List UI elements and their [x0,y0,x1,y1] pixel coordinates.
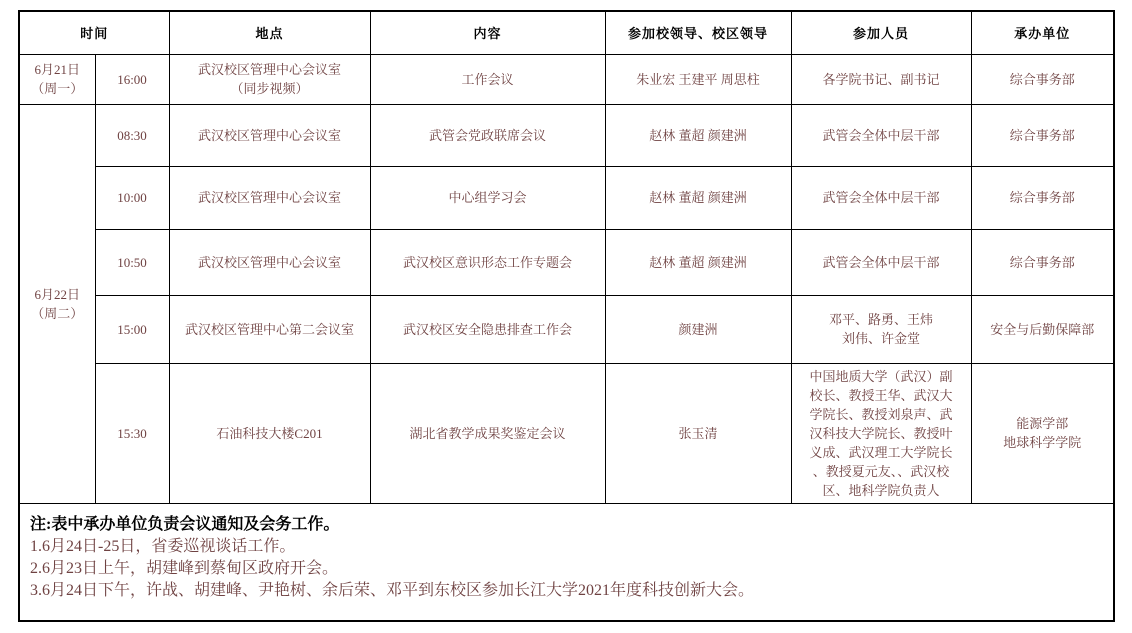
leaders-cell: 颜建洲 [605,295,791,363]
leaders-cell: 张玉清 [605,363,791,503]
table-row: 15:00 武汉校区管理中心第二会议室 武汉校区安全隐患排查工作会 颜建洲 邓平… [19,295,1114,363]
table-row: 6月22日 （周二） 08:30 武汉校区管理中心会议室 武管会党政联席会议 赵… [19,104,1114,166]
leaders-cell: 赵林 董超 颜建洲 [605,229,791,295]
time-cell: 10:00 [95,166,169,229]
notes-title: 注:表中承办单位负责会议通知及会务工作。 [30,514,1099,536]
note-item: 1.6月24日-25日，省委巡视谈话工作。 [30,536,1099,558]
table-row: 6月21日 （周一） 16:00 武汉校区管理中心会议室 （同步视频） 工作会议… [19,54,1114,104]
header-content: 内容 [370,11,605,54]
participants-cell: 武管会全体中层干部 [791,104,971,166]
header-participants: 参加人员 [791,11,971,54]
organizer-cell: 综合事务部 [971,229,1114,295]
table-row: 10:00 武汉校区管理中心会议室 中心组学习会 赵林 董超 颜建洲 武管会全体… [19,166,1114,229]
participants-cell: 邓平、路勇、王炜 刘伟、许金堂 [791,295,971,363]
participants-cell: 中国地质大学（武汉）副 校长、教授王华、武汉大 学院长、教授刘泉声、武 汉科技大… [791,363,971,503]
content-cell: 中心组学习会 [370,166,605,229]
header-leaders: 参加校领导、校区领导 [605,11,791,54]
time-cell: 15:00 [95,295,169,363]
participants-cell: 武管会全体中层干部 [791,229,971,295]
location-cell: 武汉校区管理中心会议室 （同步视频） [169,54,370,104]
time-cell: 15:30 [95,363,169,503]
participants-cell: 各学院书记、副书记 [791,54,971,104]
header-location: 地点 [169,11,370,54]
content-cell: 武管会党政联席会议 [370,104,605,166]
notes-row: 注:表中承办单位负责会议通知及会务工作。 1.6月24日-25日，省委巡视谈话工… [19,503,1114,621]
organizer-cell: 安全与后勤保障部 [971,295,1114,363]
location-cell: 武汉校区管理中心会议室 [169,229,370,295]
header-time: 时间 [19,11,169,54]
table-row: 10:50 武汉校区管理中心会议室 武汉校区意识形态工作专题会 赵林 董超 颜建… [19,229,1114,295]
participants-cell: 武管会全体中层干部 [791,166,971,229]
header-organizer: 承办单位 [971,11,1114,54]
location-cell: 武汉校区管理中心第二会议室 [169,295,370,363]
location-cell: 武汉校区管理中心会议室 [169,104,370,166]
location-cell: 武汉校区管理中心会议室 [169,166,370,229]
time-cell: 08:30 [95,104,169,166]
content-cell: 武汉校区安全隐患排查工作会 [370,295,605,363]
note-item: 2.6月23日上午，胡建峰到蔡甸区政府开会。 [30,558,1099,580]
date-cell: 6月21日 （周一） [19,54,95,104]
leaders-cell: 赵林 董超 颜建洲 [605,104,791,166]
location-cell: 石油科技大楼C201 [169,363,370,503]
content-cell: 湖北省教学成果奖鉴定会议 [370,363,605,503]
time-cell: 16:00 [95,54,169,104]
organizer-cell: 综合事务部 [971,166,1114,229]
note-item: 3.6月24日下午，许战、胡建峰、尹艳树、余后荣、邓平到东校区参加长江大学202… [30,580,1099,602]
date-cell: 6月22日 （周二） [19,104,95,503]
organizer-cell: 综合事务部 [971,104,1114,166]
header-row: 时间 地点 内容 参加校领导、校区领导 参加人员 承办单位 [19,11,1114,54]
meeting-schedule-table: 时间 地点 内容 参加校领导、校区领导 参加人员 承办单位 6月21日 （周一）… [18,10,1115,622]
leaders-cell: 朱业宏 王建平 周思柱 [605,54,791,104]
table-row: 15:30 石油科技大楼C201 湖北省教学成果奖鉴定会议 张玉清 中国地质大学… [19,363,1114,503]
time-cell: 10:50 [95,229,169,295]
leaders-cell: 赵林 董超 颜建洲 [605,166,791,229]
organizer-cell: 能源学部 地球科学学院 [971,363,1114,503]
notes-section: 注:表中承办单位负责会议通知及会务工作。 1.6月24日-25日，省委巡视谈话工… [19,503,1114,621]
organizer-cell: 综合事务部 [971,54,1114,104]
content-cell: 工作会议 [370,54,605,104]
content-cell: 武汉校区意识形态工作专题会 [370,229,605,295]
